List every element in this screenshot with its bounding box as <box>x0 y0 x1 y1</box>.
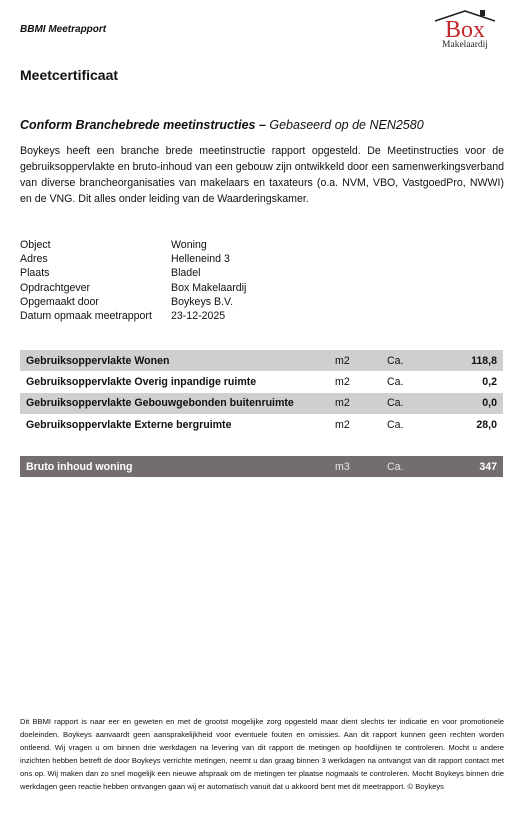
info-row: Datum opmaak meetrapport23-12-2025 <box>20 309 246 323</box>
report-name: BBMI Meetrapport <box>20 24 106 35</box>
info-label: Datum opmaak meetrapport <box>20 309 171 323</box>
table-row: Gebruiksoppervlakte Externe bergruimte m… <box>20 414 503 435</box>
total-row: Bruto inhoud woning m3 Ca. 347 <box>20 456 503 477</box>
info-label: Opdrachtgever <box>20 281 171 295</box>
total-label: Bruto inhoud woning <box>20 461 335 473</box>
info-row: OpdrachtgeverBox Makelaardij <box>20 281 246 295</box>
total-value: 347 <box>447 461 503 473</box>
info-value: Helleneind 3 <box>171 252 230 266</box>
measurement-approx: Ca. <box>387 376 447 388</box>
measurement-label: Gebruiksoppervlakte Gebouwgebonden buite… <box>20 397 335 409</box>
company-logo: Box Makelaardij <box>432 9 498 53</box>
total-approx: Ca. <box>387 461 447 473</box>
table-row: Gebruiksoppervlakte Gebouwgebonden buite… <box>20 393 503 414</box>
info-label: Plaats <box>20 266 171 280</box>
measurement-label: Gebruiksoppervlakte Overig inpandige rui… <box>20 376 335 388</box>
info-value: Woning <box>171 238 207 252</box>
page-title: Meetcertificaat <box>20 67 118 83</box>
info-label: Object <box>20 238 171 252</box>
info-row: Opgemaakt doorBoykeys B.V. <box>20 295 246 309</box>
info-label: Adres <box>20 252 171 266</box>
subtitle-rest: Gebaseerd op de NEN2580 <box>266 118 424 132</box>
measurement-value: 118,8 <box>447 355 503 367</box>
measurement-approx: Ca. <box>387 419 447 431</box>
measurement-value: 0,2 <box>447 376 503 388</box>
measurement-unit: m2 <box>335 355 387 367</box>
info-value: Bladel <box>171 266 200 280</box>
measurement-label: Gebruiksoppervlakte Wonen <box>20 355 335 367</box>
intro-paragraph: Boykeys heeft een branche brede meetinst… <box>20 143 504 207</box>
measurement-approx: Ca. <box>387 397 447 409</box>
info-value: 23-12-2025 <box>171 309 225 323</box>
table-row: Gebruiksoppervlakte Wonen m2 Ca. 118,8 <box>20 350 503 371</box>
measurement-unit: m2 <box>335 419 387 431</box>
measurement-value: 0,0 <box>447 397 503 409</box>
measurement-unit: m2 <box>335 397 387 409</box>
disclaimer: Dit BBMI rapport is naar eer en geweten … <box>20 715 504 794</box>
info-list: ObjectWoning AdresHelleneind 3 PlaatsBla… <box>20 238 246 323</box>
subtitle-bold: Conform Branchebrede meetinstructies – <box>20 118 266 132</box>
info-value: Boykeys B.V. <box>171 295 233 309</box>
measurement-approx: Ca. <box>387 355 447 367</box>
measurement-label: Gebruiksoppervlakte Externe bergruimte <box>20 419 335 431</box>
total-unit: m3 <box>335 461 387 473</box>
info-label: Opgemaakt door <box>20 295 171 309</box>
info-value: Box Makelaardij <box>171 281 246 295</box>
logo-brand: Box <box>436 18 494 42</box>
info-row: PlaatsBladel <box>20 266 246 280</box>
measurements-table: Gebruiksoppervlakte Wonen m2 Ca. 118,8 G… <box>20 350 503 477</box>
info-row: AdresHelleneind 3 <box>20 252 246 266</box>
subtitle: Conform Branchebrede meetinstructies – G… <box>20 118 424 132</box>
logo-subtitle: Makelaardij <box>432 40 498 51</box>
table-row: Gebruiksoppervlakte Overig inpandige rui… <box>20 371 503 392</box>
measurement-value: 28,0 <box>447 419 503 431</box>
info-row: ObjectWoning <box>20 238 246 252</box>
measurement-unit: m2 <box>335 376 387 388</box>
